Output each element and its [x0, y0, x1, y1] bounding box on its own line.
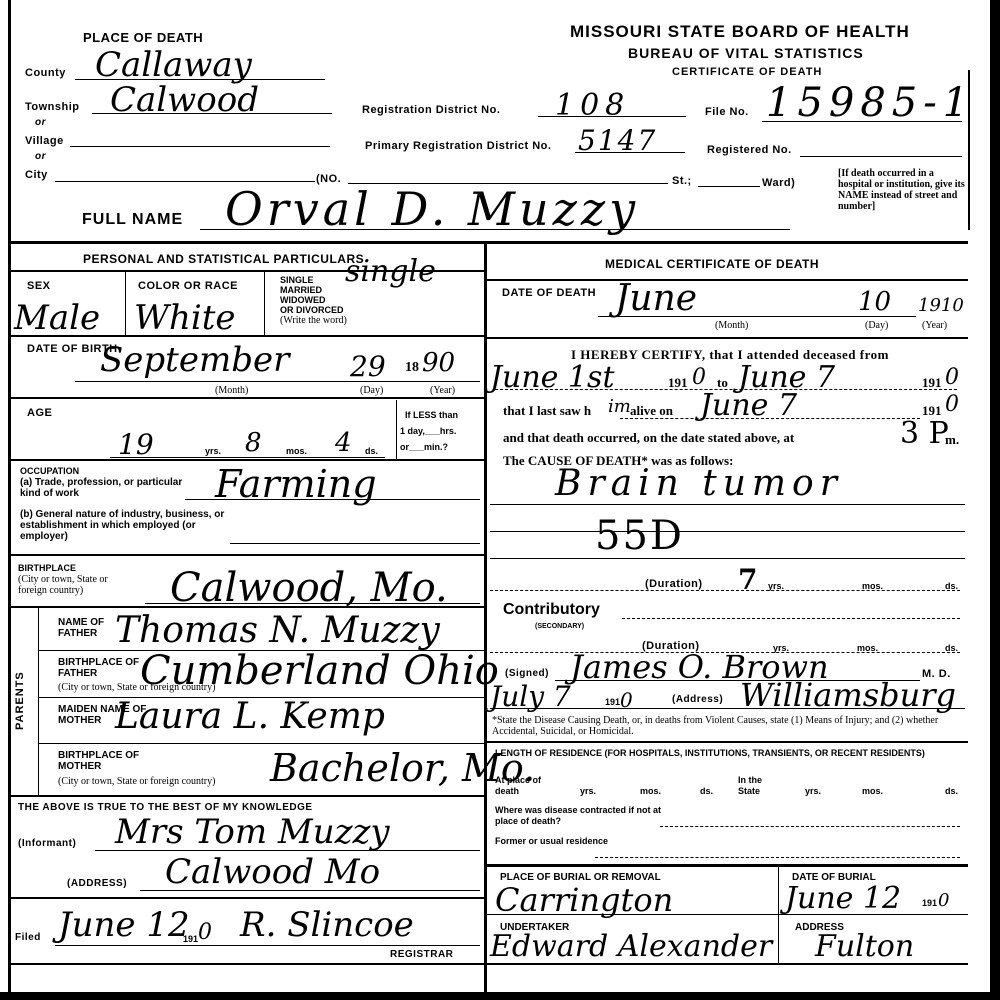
filed-label: Filed — [15, 932, 41, 943]
ward-line — [698, 186, 760, 187]
informant-label: (Informant) — [18, 838, 76, 849]
agency-title: MISSOURI STATE BOARD OF HEALTH — [570, 22, 910, 42]
sex-label: SEX — [27, 280, 51, 292]
undertaker-field[interactable]: Edward Alexander — [490, 929, 772, 964]
residence-label: LENGTH OF RESIDENCE (FOR HOSPITALS, INST… — [495, 747, 965, 759]
duration-label: (Duration) — [645, 578, 703, 590]
right-border — [990, 0, 1000, 1000]
dob-day-field[interactable]: 29 — [350, 350, 386, 383]
township-label: Township — [25, 101, 80, 113]
former-residence-line — [595, 857, 960, 858]
secondary-label: (SECONDARY) — [535, 622, 584, 632]
age-days-field[interactable]: 4 — [335, 428, 352, 458]
mother-name-divider — [38, 743, 484, 744]
file-no-label: File No. — [705, 106, 749, 118]
dob-year-hint: (Year) — [430, 385, 455, 396]
father-name-field[interactable]: Thomas N. Muzzy — [115, 610, 440, 651]
row-divider-dob — [8, 335, 484, 337]
age-label: AGE — [27, 407, 52, 419]
dod-divider — [486, 337, 968, 339]
marital-hint: (Write the word) — [280, 315, 347, 326]
header-divider — [8, 241, 968, 244]
burial-bottom-divider — [486, 963, 968, 965]
row-divider-filed — [8, 897, 484, 899]
occupation-a-field[interactable]: Farming — [215, 462, 377, 506]
village-label: Village — [25, 135, 64, 147]
street-label: St.; — [672, 175, 692, 187]
or-label-2: or — [35, 151, 46, 162]
form-title: CERTIFICATE OF DEATH — [672, 66, 822, 78]
dod-month-field[interactable]: June — [615, 278, 697, 319]
contracted-label: Where was disease contracted if not at p… — [495, 805, 665, 827]
dob-day-hint: (Day) — [360, 385, 383, 396]
age-days-label: ds. — [365, 446, 378, 456]
in-state-years-label: yrs. — [805, 786, 821, 796]
last-saw-line — [620, 418, 920, 419]
primary-district-field[interactable]: 5147 — [578, 124, 657, 157]
age-months-label: mos. — [286, 446, 307, 456]
at-place-months-label: mos. — [640, 786, 661, 796]
death-certificate: PLACE OF DEATH MISSOURI STATE BOARD OF H… — [0, 0, 1000, 1000]
village-line — [70, 146, 330, 147]
row-divider-parents — [8, 606, 484, 608]
at-place-years-label: yrs. — [580, 786, 596, 796]
last-saw-suffix: alive on — [630, 403, 673, 419]
marital-option-widowed: WIDOWED — [280, 295, 326, 305]
filed-year-prefix: 191 — [183, 934, 198, 944]
at-place-label: At place of death — [495, 775, 545, 797]
parents-side-label: PARENTS — [14, 671, 26, 730]
contracted-line — [660, 826, 960, 827]
physician-address-line — [490, 708, 965, 709]
marital-status-field[interactable]: single — [345, 254, 436, 289]
last-saw-pronoun-field[interactable]: im — [608, 396, 631, 417]
contributory-line — [622, 618, 960, 619]
in-state-days-label: ds. — [945, 786, 958, 796]
mother-birthplace-label: BIRTHPLACE OF MOTHER — [58, 750, 148, 772]
filed-year-field[interactable]: 0 — [198, 920, 212, 945]
marital-option-divorced: OR DIVORCED — [280, 305, 344, 315]
bureau-title: BUREAU OF VITAL STATISTICS — [628, 45, 864, 61]
father-birthplace-field[interactable]: Cumberland Ohio — [140, 648, 499, 694]
duration-years-field[interactable]: 7 — [738, 563, 757, 596]
or-label: or — [35, 117, 46, 128]
occupation-a-label: (a) Trade, profession, or particular kin… — [20, 477, 190, 499]
cause-footnote: *State the Disease Causing Death, or, in… — [492, 715, 962, 737]
dod-year-field[interactable]: 1910 — [918, 295, 964, 316]
registered-no-label: Registered No. — [707, 144, 792, 156]
row-divider-birthplace — [8, 554, 484, 556]
dod-month-hint: (Month) — [715, 320, 748, 331]
burial-date-field[interactable]: June 12 — [785, 881, 901, 916]
age-months-field[interactable]: 8 — [245, 428, 262, 458]
father-birthplace-label: BIRTHPLACE OF FATHER — [58, 657, 148, 679]
dob-month-field[interactable]: September — [100, 340, 289, 380]
at-place-days-label: ds. — [700, 786, 713, 796]
cause-line-1 — [490, 504, 965, 505]
former-residence-label: Former or usual residence — [495, 836, 615, 847]
less-than-label: If LESS than — [405, 410, 458, 420]
filed-line — [55, 945, 480, 946]
less-than-divider — [396, 400, 397, 460]
full-name-field[interactable]: Orval D. Muzzy — [225, 182, 639, 236]
race-field[interactable]: White — [134, 298, 236, 338]
cause-field[interactable]: Brain tumor — [555, 463, 843, 504]
birthplace-label: BIRTHPLACE — [18, 563, 76, 573]
duration-line — [490, 590, 960, 591]
cause-line-3 — [490, 558, 965, 559]
informant-address-label: (ADDRESS) — [67, 878, 127, 889]
mother-name-field[interactable]: Laura L. Kemp — [115, 696, 385, 737]
certify-text: I HEREBY CERTIFY, that I attended deceas… — [571, 347, 889, 363]
township-field[interactable]: Calwood — [110, 80, 259, 120]
occupation-b-label: (b) General nature of industry, business… — [20, 509, 230, 542]
signed-label: (Signed) — [505, 668, 549, 679]
burial-row-divider — [486, 914, 968, 915]
informant-field[interactable]: Mrs Tom Muzzy — [115, 812, 390, 852]
death-time-field[interactable]: 3 P — [900, 416, 949, 451]
file-no-field[interactable]: 15985-1 — [766, 80, 974, 126]
father-name-label: NAME OF FATHER — [58, 617, 118, 639]
marital-option-single: SINGLE — [280, 275, 314, 285]
dod-year-hint: (Year) — [922, 320, 947, 331]
medical-heading-divider — [486, 279, 968, 281]
personal-section-heading: PERSONAL AND STATISTICAL PARTICULARS — [83, 252, 364, 266]
place-of-death-heading: PLACE OF DEATH — [83, 30, 203, 45]
contributory-label: Contributory — [503, 601, 600, 619]
less-than-hours: 1 day,___hrs. — [400, 426, 456, 436]
race-label: COLOR OR RACE — [138, 280, 238, 292]
bottom-border — [0, 992, 1000, 1000]
residence-divider — [486, 864, 968, 867]
dob-month-hint: (Month) — [215, 385, 248, 396]
hospital-note: [If death occurred in a hospital or inst… — [838, 168, 966, 212]
informant-address-field[interactable]: Calwood Mo — [165, 852, 380, 892]
dob-year-prefix: 18 — [405, 360, 419, 376]
sex-field[interactable]: Male — [14, 298, 100, 338]
dob-line — [75, 381, 480, 382]
sex-race-divider — [125, 270, 126, 336]
medical-section-heading: MEDICAL CERTIFICATE OF DEATH — [605, 257, 819, 271]
row-divider-informant — [8, 795, 484, 797]
age-years-label: yrs. — [205, 446, 221, 456]
less-than-minutes: or___min.? — [400, 442, 448, 452]
attended-to-year[interactable]: 0 — [945, 365, 959, 390]
race-marital-divider — [264, 270, 265, 336]
registrar-signature[interactable]: R. Slincoe — [240, 905, 414, 945]
birthplace-hint: (City or town, State or foreign country) — [18, 574, 138, 596]
undertaker-address-field[interactable]: Fulton — [815, 929, 914, 964]
occupation-b-line — [230, 543, 480, 544]
birthplace-field[interactable]: Calwood, Mo. — [170, 565, 448, 611]
marital-option-married: MARRIED — [280, 285, 322, 295]
death-occurred-text: and that death occurred, on the date sta… — [503, 430, 794, 446]
dod-day-hint: (Day) — [865, 320, 888, 331]
left-bottom-divider — [8, 963, 484, 965]
column-divider — [484, 244, 487, 994]
city-label: City — [25, 169, 48, 181]
row-divider-age — [8, 397, 484, 399]
last-saw-year[interactable]: 0 — [945, 392, 959, 417]
mother-birthplace-hint: (City or town, State or foreign country) — [58, 776, 215, 787]
burial-year-prefix: 191 — [922, 898, 937, 908]
age-line — [110, 457, 385, 458]
left-border — [8, 0, 11, 1000]
signed-year-prefix: 191 — [605, 697, 620, 707]
primary-district-label: Primary Registration District No. — [365, 140, 551, 152]
occupation-label: OCCUPATION — [20, 466, 200, 476]
dod-day-field[interactable]: 10 — [858, 287, 891, 317]
parents-divider — [38, 606, 39, 796]
registrar-label: REGISTRAR — [390, 949, 453, 960]
in-state-months-label: mos. — [862, 786, 883, 796]
footnote-divider — [486, 741, 968, 743]
in-state-label: In the State — [738, 775, 778, 797]
registration-district-label: Registration District No. — [362, 104, 500, 116]
last-saw-prefix: that I last saw h — [503, 403, 591, 419]
cause-line-2 — [490, 531, 965, 532]
dod-label: DATE OF DEATH — [502, 287, 596, 299]
county-field[interactable]: Callaway — [95, 45, 252, 85]
attended-from-year[interactable]: 0 — [692, 365, 706, 390]
row-divider-occupation — [8, 459, 484, 461]
burial-year-field[interactable]: 0 — [938, 890, 949, 911]
registered-no-line — [800, 156, 962, 157]
full-name-label: FULL NAME — [82, 211, 183, 229]
physician-address-label: (Address) — [672, 694, 723, 705]
death-time-suffix: m. — [945, 432, 959, 448]
dob-year-field[interactable]: 90 — [422, 348, 455, 378]
ward-label: Ward) — [762, 177, 795, 189]
cause-code-field[interactable]: 55D — [595, 513, 684, 559]
filed-date-field[interactable]: June 12 — [58, 905, 190, 945]
registration-district-field[interactable]: 108 — [555, 88, 630, 123]
county-label: County — [25, 67, 66, 79]
